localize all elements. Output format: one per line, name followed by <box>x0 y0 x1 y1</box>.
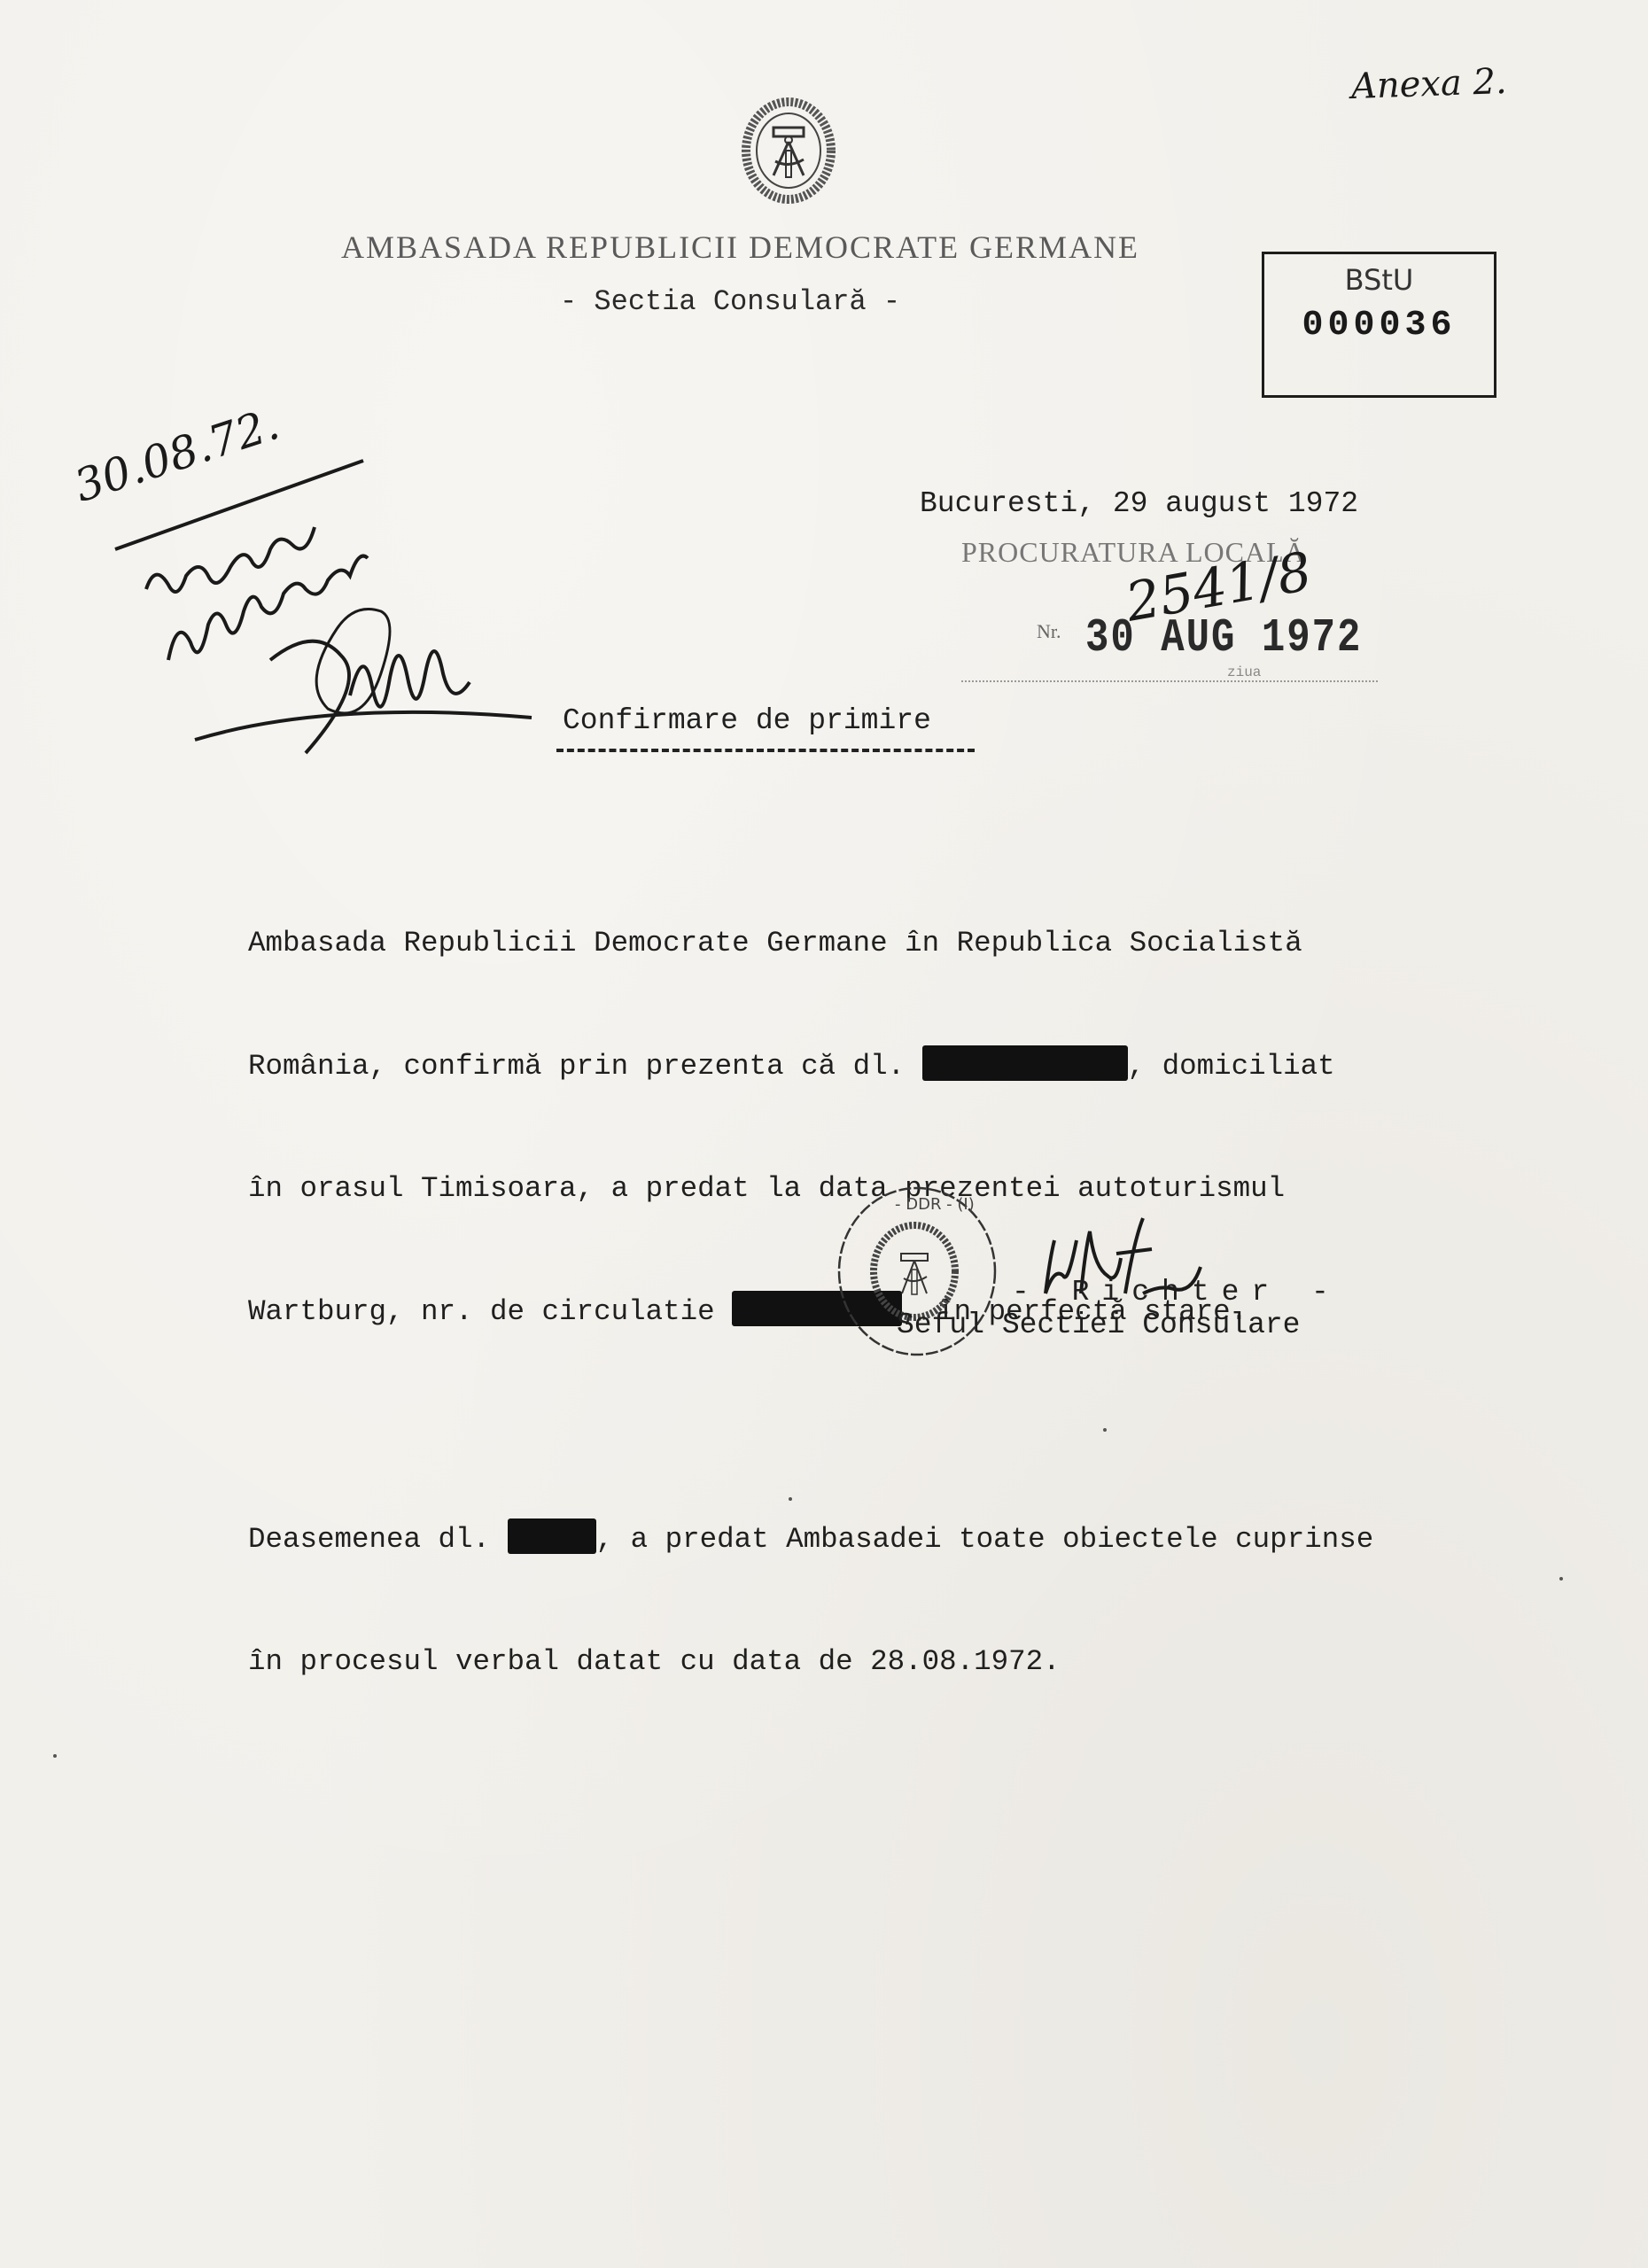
bstu-label: BStU <box>1264 263 1494 297</box>
body-line-text: , domiciliat <box>1128 1050 1335 1083</box>
paragraph-gap <box>248 1414 1489 1437</box>
paper-speck <box>53 1754 57 1758</box>
redaction-name-2 <box>508 1518 596 1554</box>
signer-title: Seful Sectiei Consulare <box>897 1309 1300 1341</box>
body-line-text: în procesul verbal datat cu data de 28.0… <box>248 1645 1061 1678</box>
place-date: Bucuresti, 29 august 1972 <box>920 487 1358 520</box>
body-line: în procesul verbal datat cu data de 28.0… <box>248 1642 1489 1682</box>
body-line-text: Ambasada Republicii Democrate Germane în… <box>248 927 1302 959</box>
stamp-date: 30 AUG 1972 <box>1085 612 1362 665</box>
handwritten-annotation-scribble <box>71 425 549 780</box>
svg-text:- DDR - (I): - DDR - (I) <box>895 1195 975 1214</box>
stamp-underline <box>961 680 1378 682</box>
letterhead-subtitle: - Sectia Consulară - <box>560 285 900 318</box>
redaction-name <box>922 1045 1128 1081</box>
bstu-archive-stamp: BStU 000036 <box>1262 252 1496 398</box>
title-dashed-underline <box>556 749 975 752</box>
paper-speck <box>789 1497 792 1501</box>
body-line: Deasemenea dl. , a predat Ambasadei toat… <box>248 1518 1489 1560</box>
document-title: Confirmare de primire <box>563 704 931 737</box>
body-line-text: în orasul Timisoara, a predat la data pr… <box>248 1172 1285 1205</box>
paper-speck <box>1559 1577 1563 1581</box>
body-line-text: Wartburg, nr. de circulatie <box>248 1295 732 1328</box>
body-line-text: Deasemenea dl. <box>248 1523 508 1556</box>
signer-name: - Richter - <box>1012 1276 1341 1309</box>
document-page: Anexa 2. AMBASADA REPUBLICII DEMOCRATE G… <box>0 0 1648 2268</box>
bstu-number: 000036 <box>1264 306 1494 346</box>
registration-stamp: PROCURATURA LOCALĂ Nr. 30 AUG 1972 ziua … <box>952 532 1378 691</box>
annex-label: Anexa 2. <box>1350 61 1507 107</box>
letterhead-title: AMBASADA REPUBLICII DEMOCRATE GERMANE <box>341 229 1227 266</box>
stamp-nr-label: Nr. <box>1037 620 1061 643</box>
body-line-text: , a predat Ambasadei toate obiectele cup… <box>596 1523 1374 1556</box>
body-line: România, confirmă prin prezenta că dl. ,… <box>248 1045 1489 1087</box>
body-line-text: România, confirmă prin prezenta că dl. <box>248 1050 922 1083</box>
gdr-state-emblem-icon <box>740 97 837 204</box>
stamp-day-label: ziua <box>1227 664 1261 680</box>
body-line: Ambasada Republicii Democrate Germane în… <box>248 923 1489 964</box>
paper-speck <box>1103 1428 1107 1432</box>
